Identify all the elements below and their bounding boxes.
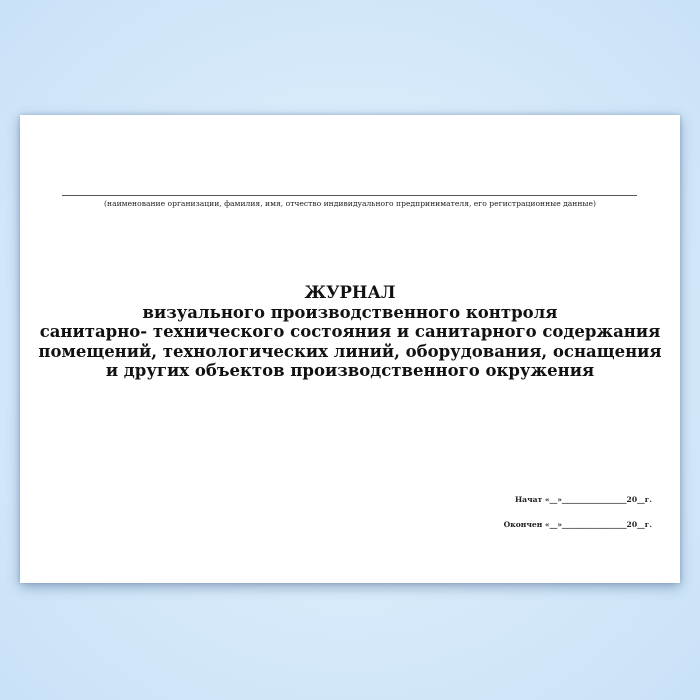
date-fields: Начат «__»_________________20__г. Оконче… — [504, 495, 652, 545]
title-line-5: и других объектов производственного окру… — [20, 361, 680, 381]
ended-date: Окончен «__»_________________20__г. — [504, 520, 652, 529]
journal-title: ЖУРНАЛ визуального производственного кон… — [20, 283, 680, 381]
started-date: Начат «__»_________________20__г. — [504, 495, 652, 504]
organization-name-line — [62, 195, 637, 196]
organization-caption: (наименование организации, фамилия, имя,… — [20, 199, 680, 208]
journal-cover-page: (наименование организации, фамилия, имя,… — [20, 115, 680, 583]
title-line-1: ЖУРНАЛ — [20, 283, 680, 303]
title-line-4: помещений, технологических линий, оборуд… — [20, 342, 680, 362]
title-line-2: визуального производственного контроля — [20, 303, 680, 323]
title-line-3: санитарно- технического состояния и сани… — [20, 322, 680, 342]
